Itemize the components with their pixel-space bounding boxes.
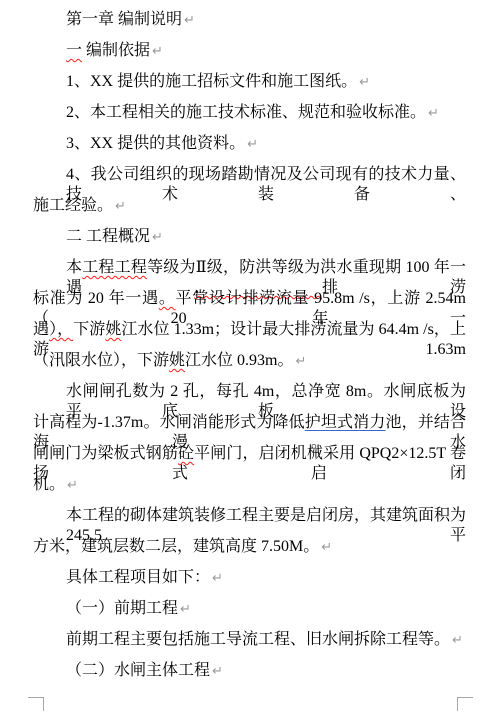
spellcheck-marked-text: 砼 <box>178 445 194 462</box>
paragraph-mark: ↵ <box>152 44 163 59</box>
text-line: （二）水闸主体工程↵ <box>66 661 223 682</box>
text-line: 方米，建筑层数二层，建筑高度 7.50M。↵ <box>33 537 332 558</box>
text-run: 下游 <box>73 321 105 338</box>
text-line: （汛限水位），下游姚江水位 0.93m。↵ <box>33 351 306 372</box>
text-run: 计高程为-1.37m。水闸消能形式为降低 <box>33 414 305 431</box>
paragraph-mark: ↵ <box>452 633 463 648</box>
text-line: 4、我公司组织的现场踏勘情况及公司现有的技术力量、技术装备、 <box>66 165 466 205</box>
spellcheck-marked-text: 姚 <box>105 321 121 338</box>
text-run: 施工经验。 <box>33 197 113 214</box>
text-line: 具体工程项目如下：↵ <box>66 568 223 589</box>
text-run: 1、XX 提供的施工招标文件和施工图纸。 <box>66 73 357 90</box>
text-run: 编制依据 <box>82 42 150 59</box>
text-line: 3、XX 提供的其他资料。↵ <box>66 134 258 155</box>
paragraph-mark: ↵ <box>152 230 163 245</box>
grammar-marked-text: 护坦式消力 <box>305 414 386 431</box>
text-run: 江水位 0.93m。 <box>185 352 293 369</box>
text-line: 二 工程概况↵ <box>66 227 163 248</box>
paragraph-mark: ↵ <box>115 199 126 214</box>
text-line: 一 编制依据↵ <box>66 41 163 62</box>
text-run: 本 <box>66 259 82 276</box>
text-run: 闸闸门为梁板式钢筋 <box>33 445 178 462</box>
text-run: （汛限水位），下游 <box>33 352 169 369</box>
text-line: 第一章 编制说明↵ <box>66 10 195 31</box>
text-run: （一）前期工程 <box>66 600 178 617</box>
text-run: 2、本工程相关的施工技术标准、规范和验收标准。 <box>66 104 426 121</box>
text-run: 3、XX 提供的其他资料。 <box>66 135 245 152</box>
text-line: 前期工程主要包括施工导流工程、旧水闸拆除工程等。↵ <box>66 630 463 651</box>
text-run: 机。 <box>33 476 65 493</box>
spellcheck-marked-text: 一 <box>66 42 82 59</box>
document-page: 第一章 编制说明↵一 编制依据↵1、XX 提供的施工招标文件和施工图纸。↵2、本… <box>0 0 499 715</box>
text-run: （二）水闸主体工程 <box>66 662 210 679</box>
text-line: 机。↵ <box>33 475 78 496</box>
text-line: 1、XX 提供的施工招标文件和施工图纸。↵ <box>66 72 370 93</box>
text-run: 前期工程主要包括施工导流工程、旧水闸拆除工程等。 <box>66 631 450 648</box>
spellcheck-marked-text: ）， <box>49 321 73 338</box>
spellcheck-marked-text: 。 <box>159 290 176 307</box>
paragraph-mark: ↵ <box>428 106 439 121</box>
paragraph-mark: ↵ <box>212 571 223 586</box>
paragraph-mark: ↵ <box>212 664 223 679</box>
text-run: 方米，建筑层数二层，建筑高度 7.50M。 <box>33 538 319 555</box>
text-run: 遇 <box>33 321 49 338</box>
paragraph-mark: ↵ <box>247 137 258 152</box>
paragraph-mark: ↵ <box>295 354 306 369</box>
margin-crop-mark-right <box>457 697 473 711</box>
paragraph-mark: ↵ <box>359 75 370 90</box>
paragraph-mark: ↵ <box>180 602 191 617</box>
text-line: 2、本工程相关的施工技术标准、规范和验收标准。↵ <box>66 103 439 124</box>
text-line: 施工经验。↵ <box>33 196 126 217</box>
text-run: 第一章 编制说明 <box>66 11 182 28</box>
text-run: 二 工程概况 <box>66 228 150 245</box>
paragraph-mark: ↵ <box>184 13 195 28</box>
paragraph-mark: ↵ <box>67 478 78 493</box>
spellcheck-marked-text: 姚 <box>169 352 185 369</box>
spellcheck-marked-text: 工程工程 <box>82 259 147 276</box>
margin-crop-mark-left <box>28 697 44 711</box>
text-run: 标准为 20 年一遇 <box>33 290 159 307</box>
text-line: 闸闸门为梁板式钢筋砼平闸门，启闭机械采用 QPQ2×12.5T 卷扬式启闭 <box>33 444 466 484</box>
text-line: （一）前期工程↵ <box>66 599 191 620</box>
paragraph-mark: ↵ <box>321 540 332 555</box>
text-run: 4、我公司组织的现场踏勘情况及公司现有的技术力量、技术装备、 <box>66 166 466 203</box>
text-run: 具体工程项目如下： <box>66 569 210 586</box>
